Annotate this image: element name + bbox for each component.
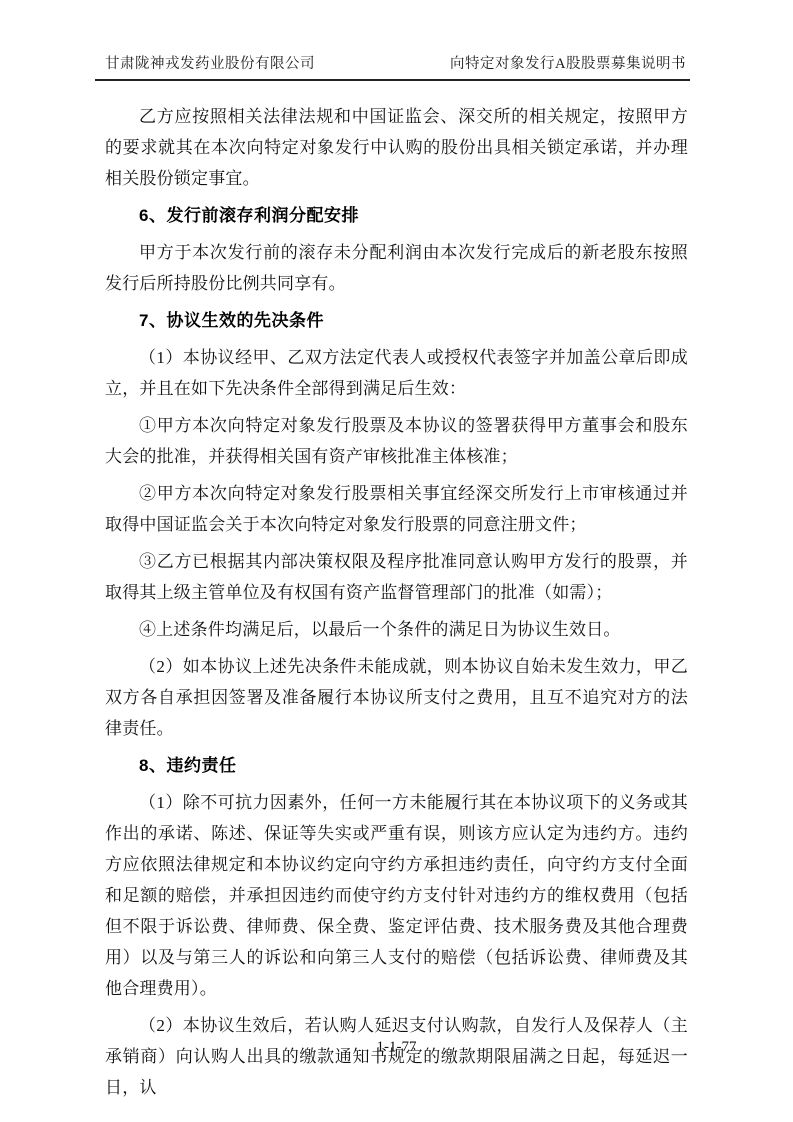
- body-paragraph: ④上述条件均满足后，以最后一个条件的满足日为协议生效日。: [105, 614, 688, 645]
- document-page: 甘肃陇神戎发药业股份有限公司 向特定对象发行A股股票募集说明书 乙方应按照相关法…: [0, 0, 793, 1122]
- body-paragraph: （2）如本协议上述先决条件未能成就，则本协议自始未发生效力，甲乙双方各自承担因签…: [105, 651, 688, 744]
- body-paragraph: 甲方于本次发行前的滚存未分配利润由本次发行完成后的新老股东按照发行后所持股份比例…: [105, 237, 688, 299]
- page-number: 1-1-77: [377, 1039, 417, 1055]
- section-heading: 8、违约责任: [105, 750, 688, 781]
- body-paragraph: （1）除不可抗力因素外，任何一方未能履行其在本协议项下的义务或其作出的承诺、陈述…: [105, 787, 688, 1004]
- page-header: 甘肃陇神戎发药业股份有限公司 向特定对象发行A股股票募集说明书: [95, 52, 690, 81]
- body-paragraph: ①甲方本次向特定对象发行股票及本协议的签署获得甲方董事会和股东大会的批准，并获得…: [105, 410, 688, 472]
- page-footer: 1-1-77: [0, 1036, 793, 1058]
- section-heading: 6、发行前滚存利润分配安排: [105, 200, 688, 231]
- body-paragraph: ③乙方已根据其内部决策权限及程序批准同意认购甲方发行的股票，并取得其上级主管单位…: [105, 546, 688, 608]
- header-document-title: 向特定对象发行A股股票募集说明书: [450, 52, 686, 73]
- body-paragraph: （1）本协议经甲、乙双方法定代表人或授权代表签字并加盖公章后即成立，并且在如下先…: [105, 342, 688, 404]
- section-heading: 7、协议生效的先决条件: [105, 305, 688, 336]
- body-paragraph: 乙方应按照相关法律法规和中国证监会、深交所的相关规定，按照甲方的要求就其在本次向…: [105, 101, 688, 194]
- header-company-name: 甘肃陇神戎发药业股份有限公司: [105, 52, 315, 73]
- document-body: 乙方应按照相关法律法规和中国证监会、深交所的相关规定，按照甲方的要求就其在本次向…: [105, 101, 688, 1109]
- body-paragraph: ②甲方本次向特定对象发行股票相关事宜经深交所发行上市审核通过并取得中国证监会关于…: [105, 478, 688, 540]
